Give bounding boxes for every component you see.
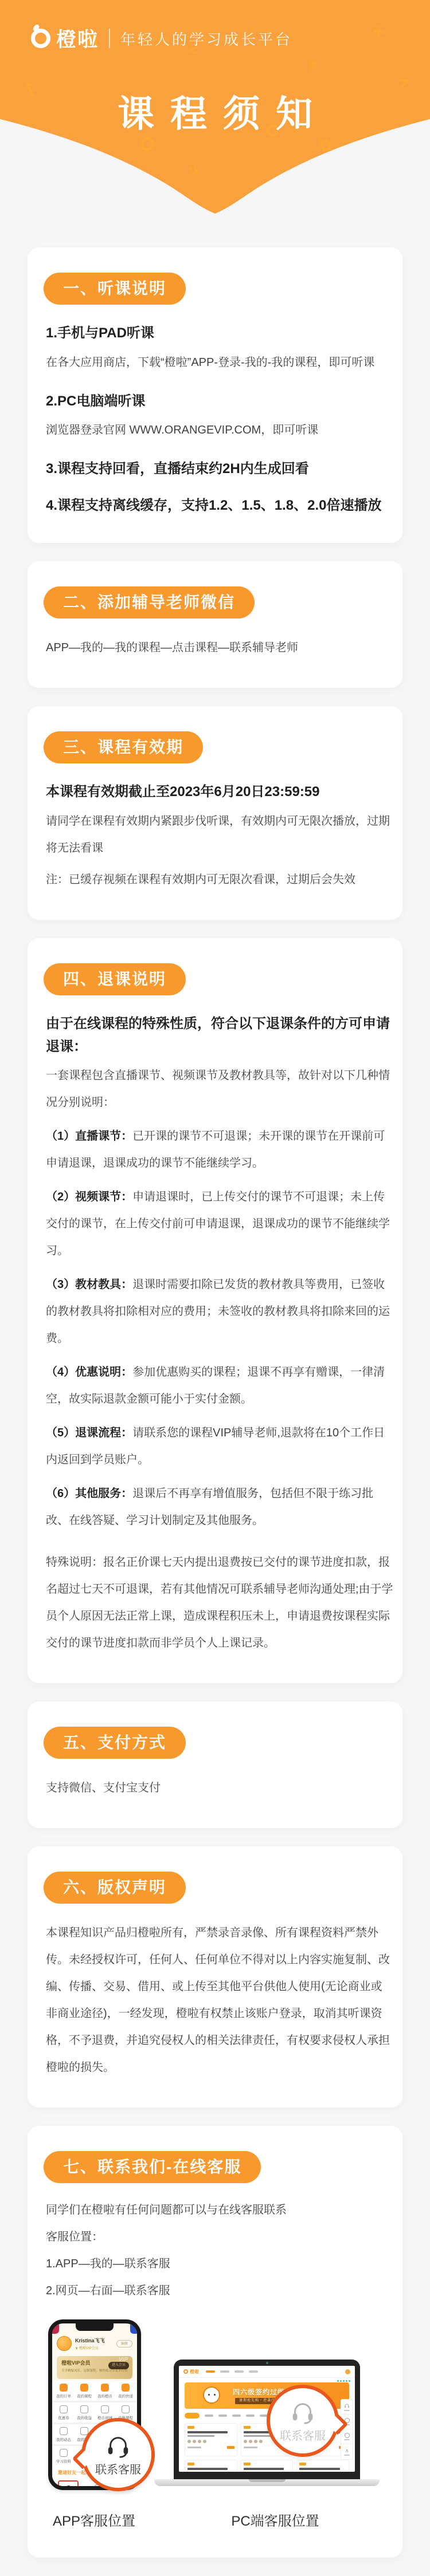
menu-item: 我的收益 bbox=[74, 2405, 95, 2420]
delivery-icon bbox=[122, 2384, 130, 2392]
nav-item bbox=[234, 2370, 244, 2373]
site-avatar bbox=[345, 2369, 350, 2374]
nav-item bbox=[220, 2370, 229, 2373]
site-logo-icon bbox=[183, 2369, 188, 2374]
paragraph: 一套课程包含直播课节、视频课节及教材教具等，故针对以下几种情况分别说明： bbox=[46, 1062, 393, 1116]
heading: 4.课程支持离线缓存，支持1.2、1.5、1.8、2.0倍速播放 bbox=[46, 494, 393, 517]
moments-icon bbox=[60, 2427, 68, 2435]
refund-item: （5）退课流程：请联系您的课程VIP辅导老师,退款将在10个工作日内返回到学员账… bbox=[46, 1420, 393, 1474]
menu-label: 我的橙币 bbox=[97, 2393, 112, 2398]
toolbar-wechat-item bbox=[341, 2429, 353, 2444]
menu-item: 我的快递 bbox=[115, 2384, 136, 2398]
coin-mall-icon bbox=[101, 2405, 109, 2413]
refund-item: （4）优惠说明：参加优惠购买的课程；退课不再享有赠课，一律清空，故实际退款金额可… bbox=[46, 1359, 393, 1413]
earnings-icon bbox=[80, 2405, 88, 2413]
heading: 2.PC电脑端听课 bbox=[46, 390, 393, 413]
menu-row: 我的订单 我的课程 我的橙币 我的快递 bbox=[52, 2381, 137, 2401]
heading: 1.手机与PAD听课 bbox=[46, 322, 393, 345]
menu-item: 我的动态 bbox=[53, 2427, 74, 2442]
phone-notch bbox=[76, 2323, 114, 2331]
svg-text:Z: Z bbox=[355, 179, 369, 198]
active-tab bbox=[185, 2413, 200, 2419]
menu-label: 我的课程 bbox=[77, 2393, 92, 2398]
orange-logo-icon bbox=[31, 29, 50, 48]
paragraph: 本课程知识产品归橙啦所有，严禁录音录像、所有课程资料严禁外传。未经授权许可，任何… bbox=[46, 1920, 393, 2081]
user-name: Kristina飞飞 bbox=[75, 2337, 116, 2344]
heading: 3.课程支持回看，直播结束约2H内生成回看 bbox=[46, 458, 393, 480]
paragraph: 1.APP—我的—联系客服 bbox=[46, 2251, 393, 2278]
headset-icon bbox=[105, 2433, 131, 2459]
page-title: 课程须知 bbox=[0, 85, 430, 137]
headset-icon bbox=[65, 2484, 72, 2490]
webcam-dot bbox=[266, 2362, 268, 2364]
hero-header: tAO<'#+>/"uGbX~sZ, 橙啦 年轻人的学习成长平台 课程须知 bbox=[0, 0, 430, 224]
section-badge: 一、听课说明 bbox=[44, 273, 186, 305]
brand-row: 橙啦 年轻人的学习成长平台 bbox=[31, 24, 292, 53]
study-material-icon bbox=[60, 2449, 68, 2457]
section-payment-methods: 五、支付方式 支持微信、支付宝支付 bbox=[28, 1701, 402, 1828]
paragraph: 支持微信、支付宝支付 bbox=[46, 1775, 393, 1802]
tab-item bbox=[246, 2414, 255, 2417]
paragraph: 2.网页—右面—联系客服 bbox=[46, 2278, 393, 2305]
device-mockups: Kristina飞飞 ♛ 橙啦VIP会员 编辑 橙啦VIP会员 专享精编词库、定… bbox=[46, 2319, 393, 2537]
refund-item-term: （5）退课流程： bbox=[46, 1427, 132, 1439]
brand-tagline: 年轻人的学习成长平台 bbox=[120, 28, 292, 49]
menu-label: 优惠券 bbox=[58, 2415, 69, 2420]
section-contact-us: 七、联系我们-在线客服 同学们在橙啦有任何问题都可以与在线客服联系 客服位置： … bbox=[28, 2126, 402, 2558]
paragraph: 注：已缓存视频在课程有效期内可无限次看课，过期后会失效 bbox=[46, 866, 393, 893]
heading: 本课程有效期截止至2023年6月20日23:59:59 bbox=[46, 781, 393, 803]
svg-text:/: / bbox=[50, 153, 61, 182]
brand-name: 橙啦 bbox=[56, 24, 99, 53]
pc-contact-service-callout: 联系客服 bbox=[267, 2385, 339, 2457]
redeem-icon bbox=[122, 2405, 130, 2413]
site-brand: 橙啦 bbox=[190, 2369, 199, 2375]
section-badge: 五、支付方式 bbox=[44, 1727, 186, 1759]
menu-item: 学习资料 bbox=[53, 2449, 74, 2464]
vip-banner: 橙啦VIP会员 专享精编词库、定制课程、畅快练习等更多特权 进入会员 VIP bbox=[57, 2356, 132, 2379]
section-badge: 七、联系我们-在线客服 bbox=[44, 2151, 261, 2183]
site-nav bbox=[206, 2370, 345, 2373]
section-badge: 六、版权声明 bbox=[44, 1872, 186, 1904]
contact-service-highlight-box: 联系客服 bbox=[58, 2480, 79, 2490]
brand-divider bbox=[109, 29, 110, 48]
section-badge: 四、退课说明 bbox=[44, 963, 186, 995]
refund-item-term: （3）教材教具： bbox=[46, 1278, 132, 1291]
phone-wallpaper-right bbox=[130, 2323, 137, 2334]
notice-cards: 一、听课说明 1.手机与PAD听课 在各大应用商店，下载“橙啦”APP-登录-我… bbox=[0, 224, 430, 2558]
paragraph: APP—我的—我的课程—点击课程—联系辅导老师 bbox=[46, 635, 393, 661]
vip-tag: ♛ 橙啦VIP会员 bbox=[75, 2345, 116, 2350]
headset-icon bbox=[344, 2403, 350, 2409]
site-header: 橙啦 bbox=[179, 2366, 355, 2378]
mascot-face bbox=[203, 2386, 220, 2404]
course-card bbox=[296, 2460, 349, 2472]
menu-label: 我的订单 bbox=[56, 2393, 71, 2398]
toolbar-service-item bbox=[341, 2400, 353, 2414]
menu-item: 优惠券 bbox=[53, 2405, 74, 2420]
menu-label: 学习资料 bbox=[56, 2459, 71, 2464]
paragraph: 同学们在橙啦有任何问题都可以与在线客服联系 bbox=[46, 2197, 393, 2224]
section-copyright: 六、版权声明 本课程知识产品归橙啦所有，严禁录音录像、所有课程资料严禁外传。未经… bbox=[28, 1846, 402, 2108]
section-listening-instructions: 一、听课说明 1.手机与PAD听课 在各大应用商店，下载“橙啦”APP-登录-我… bbox=[28, 247, 402, 543]
menu-item: 我的订单 bbox=[53, 2384, 74, 2398]
menu-label: 我的收益 bbox=[77, 2415, 92, 2420]
avatar bbox=[57, 2336, 72, 2351]
refund-item-term: （2）视频课节： bbox=[46, 1191, 132, 1203]
paragraph: 客服位置： bbox=[46, 2224, 393, 2251]
heading: 由于在线课程的特殊性质，符合以下退课条件的方可申请退课： bbox=[46, 1013, 393, 1058]
coupon-icon bbox=[60, 2405, 68, 2413]
coin-icon bbox=[101, 2384, 109, 2392]
nav-item bbox=[249, 2370, 258, 2373]
nav-item bbox=[206, 2370, 215, 2373]
vip-ghost-label: VIP bbox=[119, 2357, 128, 2363]
course-card bbox=[185, 2423, 237, 2456]
refund-item: （6）其他服务：退课后不再享有增值服务，包括但不限于练习批改、在线答疑、学习计划… bbox=[46, 1480, 393, 1534]
refund-item: （2）视频课节：申请退课时，已上传交付的课节不可退课；未上传交付的课节，在上传交… bbox=[46, 1184, 393, 1265]
svg-text:s: s bbox=[286, 174, 296, 190]
callout-label: 联系客服 bbox=[95, 2460, 141, 2477]
order-icon bbox=[60, 2384, 68, 2392]
tab-item bbox=[232, 2414, 241, 2417]
menu-label: 我的动态 bbox=[56, 2437, 71, 2442]
tab-item bbox=[218, 2414, 227, 2417]
refund-item-term: （1）直播课节： bbox=[46, 1130, 132, 1143]
paragraph: 请同学在课程有效期内紧跟步伐听课，有效期内可无限次播放，过期将无法看课 bbox=[46, 808, 393, 862]
callout-label: 联系客服 bbox=[280, 2427, 326, 2443]
phone-wallpaper-left bbox=[52, 2323, 59, 2334]
section-badge: 二、添加辅导老师微信 bbox=[44, 586, 255, 619]
toolbar-back-to-top: ∧ bbox=[341, 2444, 353, 2459]
profile-info: Kristina飞飞 ♛ 橙啦VIP会员 bbox=[75, 2337, 116, 2350]
headset-icon bbox=[290, 2399, 316, 2425]
svg-text:": " bbox=[120, 182, 133, 202]
tab-item bbox=[205, 2414, 213, 2417]
pc-service-caption: PC端客服位置 bbox=[218, 2510, 333, 2530]
course-card bbox=[241, 2460, 294, 2472]
edit-button: 编辑 bbox=[116, 2340, 132, 2347]
section-add-tutor-wechat: 二、添加辅导老师微信 APP—我的—我的课程—点击课程—联系辅导老师 bbox=[28, 561, 402, 688]
special-note: 特殊说明：报名正价课七天内提出退费按已交付的课节进度扣款，报名超过七天不可退课，… bbox=[46, 1549, 393, 1657]
refund-item: （3）教材教具：退课时需要扣除已发货的教材教具等费用，已签收的教材教具将扣除相对… bbox=[46, 1271, 393, 1352]
menu-label: 我的快递 bbox=[118, 2393, 133, 2398]
paragraph: 在各大应用商店，下载“橙啦”APP-登录-我的-我的课程，即可听课 bbox=[46, 349, 393, 376]
section-refund-policy: 四、退课说明 由于在线课程的特殊性质，符合以下退课条件的方可申请退课： 一套课程… bbox=[28, 938, 402, 1683]
refund-item-term: （4）优惠说明： bbox=[46, 1366, 132, 1378]
course-card bbox=[185, 2460, 237, 2472]
paragraph: 浏览器登录官网 WWW.ORANGEVIP.COM，即可听课 bbox=[46, 417, 393, 444]
refund-item-term: （6）其他服务： bbox=[46, 1487, 132, 1500]
section-badge: 三、课程有效期 bbox=[44, 731, 203, 763]
app-service-caption: APP客服位置 bbox=[37, 2510, 151, 2530]
carousel-dots bbox=[337, 2380, 350, 2382]
menu-item: 我的课程 bbox=[74, 2384, 95, 2398]
app-contact-service-callout: 联系客服 bbox=[81, 2418, 155, 2491]
section-course-validity: 三、课程有效期 本课程有效期截止至2023年6月20日23:59:59 请同学在… bbox=[28, 706, 402, 920]
laptop-base bbox=[154, 2479, 380, 2486]
course-icon bbox=[80, 2384, 88, 2392]
menu-item: 我的橙币 bbox=[95, 2384, 115, 2398]
refund-item: （1）直播课节：已开课的课节不可退课；未开课的课节在开课前可申请退课，退课成功的… bbox=[46, 1123, 393, 1177]
